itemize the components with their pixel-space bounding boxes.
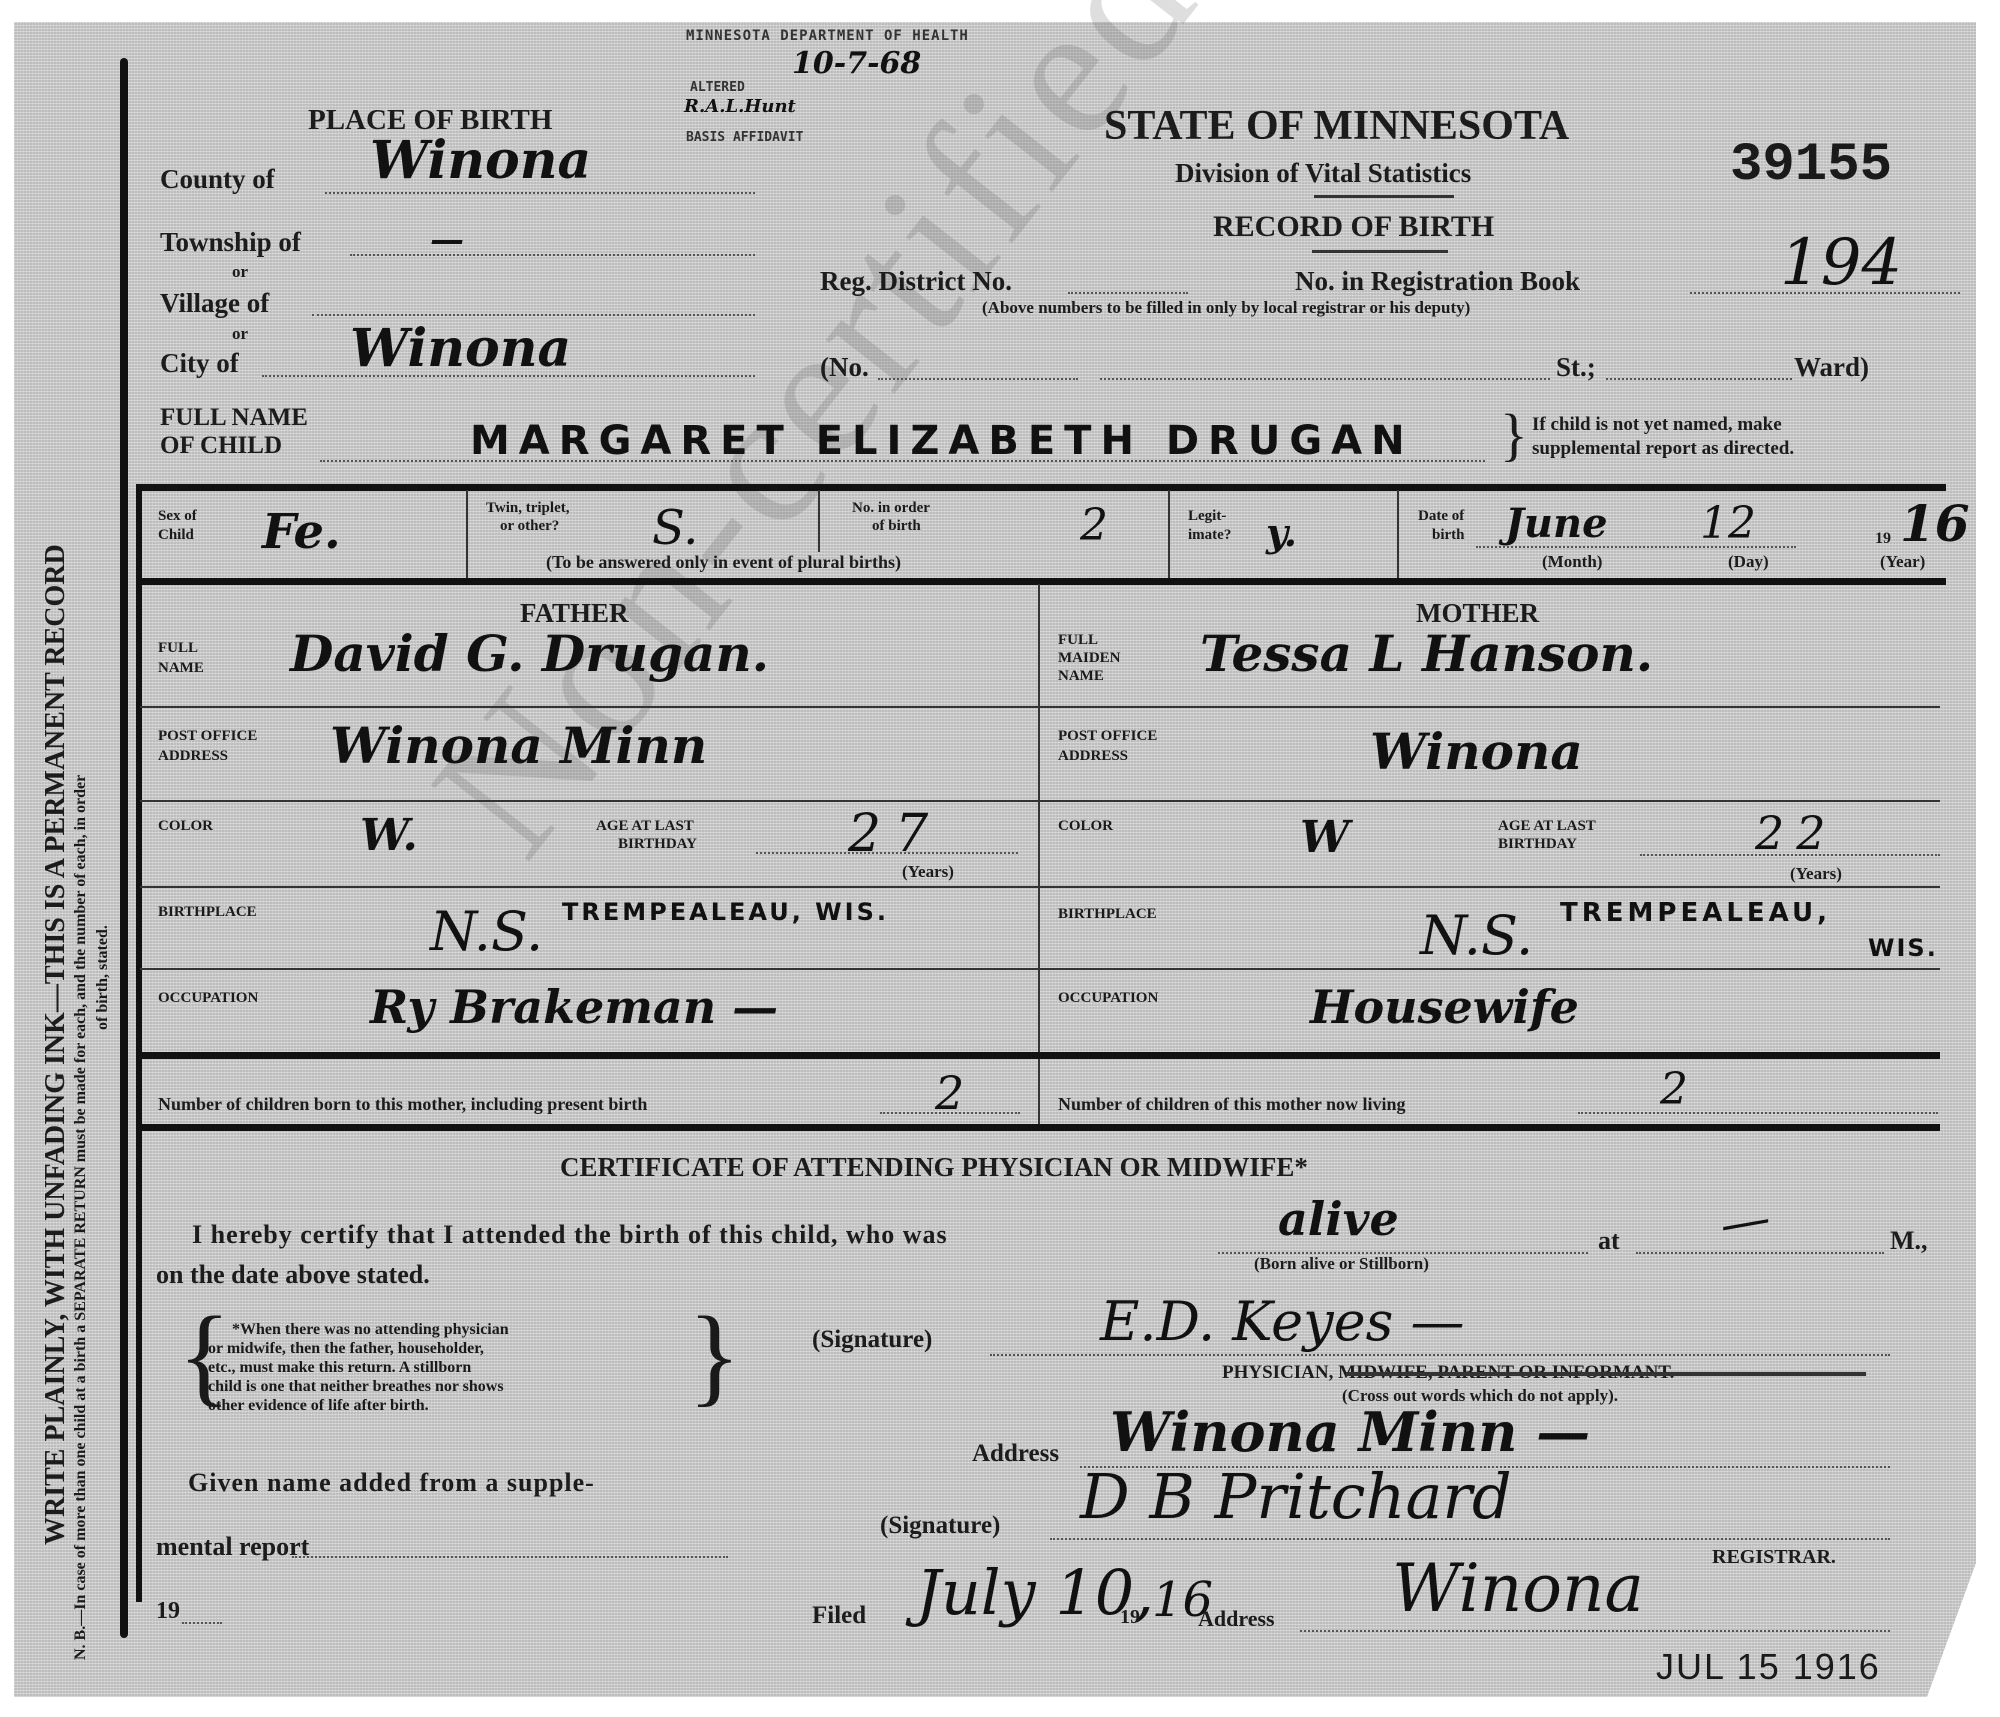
mother-color-label: COLOR [1058, 818, 1113, 835]
mother-birthplace-print-2[interactable]: WIS. [1868, 934, 1938, 962]
ward-label: Ward) [1794, 352, 1869, 383]
mother-address-label-2: ADDRESS [1058, 748, 1128, 765]
mother-occupation[interactable]: Housewife [1310, 980, 1579, 1034]
row-rule-birthplace [140, 968, 1940, 970]
altered-label: ALTERED [690, 80, 745, 95]
filed-date[interactable]: July 10, [916, 1556, 1154, 1629]
filed-year-prefix: 19 [1120, 1606, 1140, 1629]
legit-value[interactable]: y. [1266, 510, 1297, 555]
filed-address-label: Address [1198, 1606, 1275, 1632]
header-divider-1 [1314, 195, 1454, 198]
or-text-1: or [232, 262, 248, 282]
mother-name-label-2: MAIDEN [1058, 650, 1121, 667]
children-living-line [1578, 1112, 1938, 1114]
mother-address-label-1: POST OFFICE [1058, 728, 1157, 745]
footnote-brace-right: } [688, 1300, 741, 1410]
footnote-line: etc., must make this return. A stillborn [208, 1358, 678, 1377]
altered-initials: R.A.L.Hunt [684, 96, 796, 117]
time-line [1636, 1252, 1884, 1254]
twin-label-1: Twin, triplet, [486, 500, 569, 517]
mother-years-caption: (Years) [1790, 864, 1842, 884]
twin-label-2: or other? [500, 518, 559, 535]
county-value[interactable]: Winona [370, 130, 591, 191]
divider-legit-date [1397, 490, 1399, 578]
child-full-name[interactable]: MARGARET ELIZABETH DRUGAN [470, 418, 1414, 464]
row-rule-color [140, 886, 1940, 888]
father-address[interactable]: Winona Minn [330, 716, 707, 775]
father-color-label: COLOR [158, 818, 213, 835]
certify-text-1: I hereby certify that I attended the bir… [192, 1220, 948, 1250]
sex-value[interactable]: Fe. [262, 504, 341, 560]
at-label: at [1598, 1226, 1620, 1256]
mother-name-label-3: NAME [1058, 668, 1104, 685]
time-value[interactable]: — [1715, 1188, 1774, 1254]
county-line [325, 192, 755, 194]
year-caption: (Year) [1880, 552, 1925, 572]
father-age-label-2: BIRTHDAY [618, 836, 697, 853]
mother-birthplace-label: BIRTHPLACE [1058, 906, 1157, 923]
born-caption: (Born alive or Stillborn) [1254, 1254, 1429, 1274]
box-left-border [136, 484, 142, 1602]
filed-address[interactable]: Winona [1392, 1550, 1644, 1627]
dob-month[interactable]: June [1505, 500, 1608, 547]
city-label: City of [160, 348, 239, 379]
county-label: County of [160, 164, 275, 195]
filed-label: Filed [812, 1602, 866, 1630]
registrar-signature[interactable]: D B Pritchard [1080, 1460, 1512, 1533]
father-address-label-2: ADDRESS [158, 748, 228, 765]
physician-signature-label: (Signature) [812, 1326, 932, 1354]
margin-main-text: WRITE PLAINLY, WITH UNFADING INK—THIS IS… [40, 544, 72, 1545]
row-rule-name [140, 706, 1940, 708]
received-stamp: JUL 15 1916 [1656, 1646, 1881, 1688]
row-rule-occupation [140, 1052, 1940, 1059]
township-line [350, 254, 755, 256]
children-living-label: Number of children of this mother now li… [1058, 1094, 1406, 1115]
mother-age[interactable]: 22 [1755, 806, 1838, 860]
certificate-number: 39155 [1730, 135, 1892, 196]
divider-order-legit [1168, 490, 1170, 578]
street-no-line [878, 378, 1078, 380]
given-name-line [292, 1556, 728, 1558]
month-caption: (Month) [1542, 552, 1602, 572]
given-name-19: 19 [156, 1598, 180, 1625]
parents-divider [1038, 584, 1040, 1124]
city-value[interactable]: Winona [350, 318, 571, 379]
father-years-caption: (Years) [902, 862, 954, 882]
dob-label-1: Date of [1418, 508, 1464, 525]
father-age[interactable]: 27 [848, 804, 942, 864]
margin-note-line1: N. B.—In case of more than one child at … [72, 775, 90, 1660]
m-label: M., [1890, 1226, 1928, 1256]
father-name-label-1: FULL [158, 640, 198, 657]
mother-name-label-1: FULL [1058, 632, 1098, 649]
street-line [1100, 378, 1550, 380]
legit-label-1: Legit- [1188, 508, 1226, 525]
reg-district-line [1068, 292, 1188, 294]
box-top-rule [136, 484, 1946, 491]
father-address-label-1: POST OFFICE [158, 728, 257, 745]
township-label: Township of [160, 227, 301, 258]
st-label: St.; [1556, 352, 1596, 383]
divider-sex-twin [466, 490, 468, 578]
mother-occupation-label: OCCUPATION [1058, 990, 1158, 1007]
father-birthplace-print[interactable]: TREMPEALEAU, WIS. [562, 898, 889, 926]
father-color[interactable]: W. [360, 810, 418, 861]
born-status-value[interactable]: alive [1278, 1192, 1399, 1246]
father-birthplace-label: BIRTHPLACE [158, 904, 257, 921]
role-strikethrough [1346, 1372, 1866, 1376]
mother-address[interactable]: Winona [1370, 722, 1583, 781]
reg-note: (Above numbers to be filled in only by l… [982, 298, 1470, 318]
filed-address-line [1300, 1630, 1890, 1632]
physician-signature[interactable]: E.D. Keyes — [1100, 1290, 1464, 1353]
margin-note-line2: of birth, stated. [94, 925, 112, 1030]
street-no-label: (No. [820, 352, 869, 383]
footnote-line: child is one that neither breathes nor s… [208, 1377, 678, 1396]
dob-year-prefix: 19 [1875, 530, 1891, 548]
unnamed-note-2: supplemental report as directed. [1532, 438, 1794, 460]
footnote-line: or midwife, then the father, householder… [208, 1339, 678, 1358]
mother-age-label-2: BIRTHDAY [1498, 836, 1577, 853]
given-name-year-line [182, 1622, 222, 1624]
dob-label-2: birth [1432, 527, 1465, 544]
village-line [312, 314, 755, 316]
father-occupation[interactable]: Ry Brakeman — [370, 980, 778, 1034]
record-of-birth-title: RECORD OF BIRTH [1213, 210, 1494, 244]
reg-district-label: Reg. District No. [820, 266, 1012, 297]
box-mid-rule [136, 578, 1946, 585]
physician-address-label: Address [972, 1440, 1059, 1468]
day-caption: (Day) [1728, 552, 1769, 572]
sex-label-2: Child [158, 527, 194, 544]
altered-date: 10-7-68 [792, 46, 921, 81]
physician-signature-line [990, 1354, 1890, 1356]
state-title: STATE OF MINNESOTA [1104, 102, 1569, 150]
mother-name[interactable]: Tessa L Hanson. [1200, 624, 1653, 683]
given-name-text-1: Given name added from a supple- [188, 1468, 595, 1498]
plural-births-note: (To be answered only in event of plural … [546, 552, 901, 573]
division-subtitle: Division of Vital Statistics [1175, 158, 1471, 189]
name-brace: } [1500, 406, 1528, 464]
registrar-signature-label: (Signature) [880, 1512, 1000, 1540]
children-living-value[interactable]: 2 [1660, 1064, 1688, 1115]
footnote-box: *When there was no attending physician o… [208, 1320, 678, 1415]
father-age-label-1: AGE AT LAST [596, 818, 694, 835]
legit-label-2: imate? [1188, 527, 1231, 544]
father-birthplace-hand[interactable]: N.S. [430, 900, 543, 963]
registrar-caption: REGISTRAR. [1712, 1546, 1836, 1569]
dob-day[interactable]: 12 [1700, 498, 1756, 549]
registrar-signature-line [1050, 1538, 1890, 1540]
basis-affidavit: BASIS AFFIDAVIT [686, 130, 803, 145]
certificate-heading: CERTIFICATE OF ATTENDING PHYSICIAN OR MI… [560, 1152, 1308, 1183]
margin-brace [120, 58, 128, 1638]
township-value[interactable]: — [430, 220, 464, 260]
father-name-label-2: NAME [158, 660, 204, 677]
or-text-2: or [232, 324, 248, 344]
reg-book-value[interactable]: 194 [1780, 226, 1902, 300]
given-name-text-2: mental report [156, 1532, 309, 1562]
mother-birthplace-hand[interactable]: N.S. [1420, 904, 1533, 967]
full-name-label-1: FULL NAME [160, 404, 308, 432]
sex-label-1: Sex of [158, 508, 197, 525]
ward-line [1606, 378, 1792, 380]
footnote-line: *When there was no attending physician [208, 1320, 678, 1339]
certify-text-2: on the date above stated. [156, 1260, 430, 1290]
order-label-2: of birth [872, 518, 921, 535]
twin-value[interactable]: S. [652, 500, 698, 556]
divider-twin-order [818, 490, 820, 552]
row-rule-address [140, 800, 1940, 802]
order-value[interactable]: 2 [1080, 500, 1108, 551]
father-occupation-label: OCCUPATION [158, 990, 258, 1007]
children-born-label: Number of children born to this mother, … [158, 1094, 647, 1115]
unnamed-note-1: If child is not yet named, make [1532, 414, 1782, 436]
village-label: Village of [160, 288, 269, 319]
father-name[interactable]: David G. Drugan. [290, 624, 769, 683]
department-stamp: MINNESOTA DEPARTMENT OF HEALTH [686, 28, 969, 44]
footnote-line: other evidence of life after birth. [208, 1396, 678, 1415]
mother-age-label-1: AGE AT LAST [1498, 818, 1596, 835]
dob-year-suffix[interactable]: 16 [1900, 494, 1970, 553]
physician-address[interactable]: Winona Minn — [1110, 1400, 1590, 1464]
order-label-1: No. in order [852, 500, 930, 517]
children-born-value[interactable]: 2 [935, 1066, 964, 1120]
mother-birthplace-print[interactable]: TREMPEALEAU, [1560, 898, 1831, 928]
full-name-label-2: OF CHILD [160, 432, 282, 460]
row-rule-children [140, 1124, 1940, 1131]
mother-color[interactable]: W [1300, 812, 1349, 863]
header-divider-2 [1312, 250, 1448, 253]
reg-book-label: No. in Registration Book [1295, 266, 1580, 297]
